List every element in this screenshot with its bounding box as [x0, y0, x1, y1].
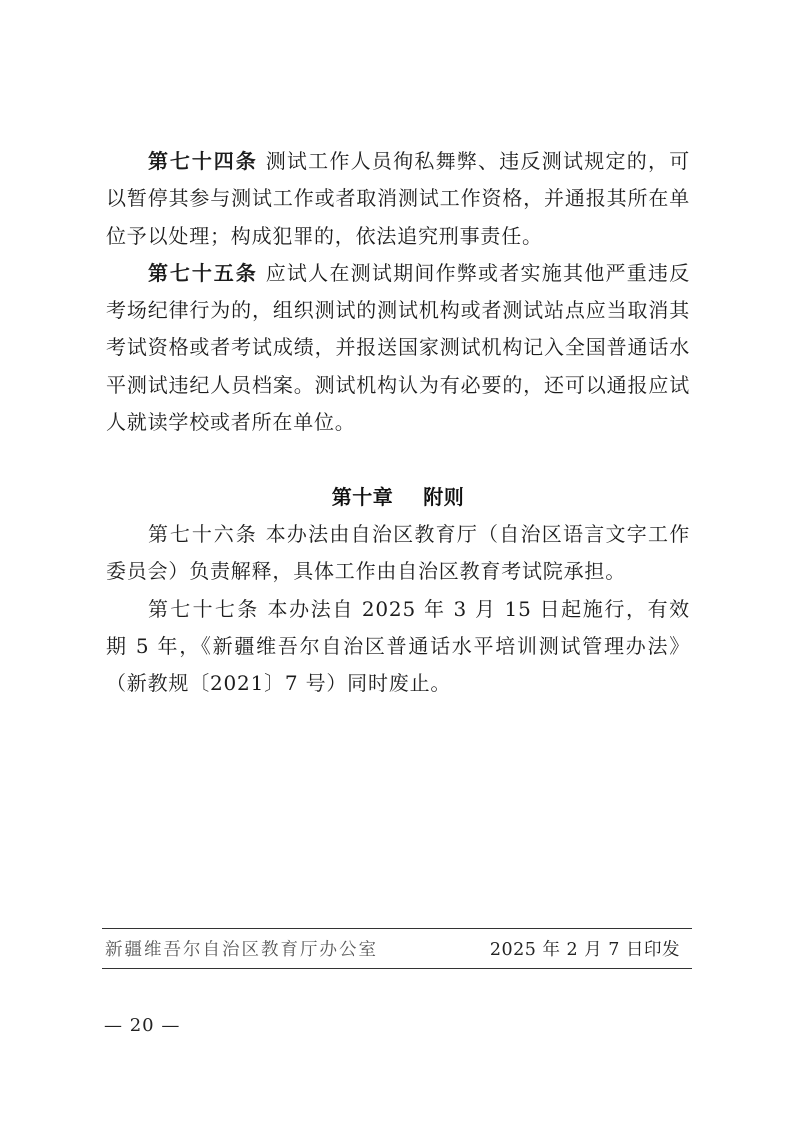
article-number: 第七十四条	[148, 149, 258, 173]
article-75: 第七十五条应试人在测试期间作弊或者实施其他严重违反考场纪律行为的，组织测试的测试…	[106, 255, 690, 441]
article-number: 第七十五条	[148, 261, 258, 285]
section-spacer	[106, 441, 690, 478]
article-text: 应试人在测试期间作弊或者实施其他严重违反考场纪律行为的，组织测试的测试机构或者测…	[106, 261, 690, 434]
imprint-block: 新疆维吾尔自治区教育厅办公室 2025 年 2 月 7 日印发	[102, 928, 692, 969]
article-74: 第七十四条测试工作人员徇私舞弊、违反测试规定的，可以暂停其参与测试工作或者取消测…	[106, 143, 690, 255]
article-76: 第七十六条本办法由自治区教育厅（自治区语言文字工作委员会）负责解释，具体工作由自…	[106, 516, 690, 591]
chapter-number: 第十章	[332, 485, 394, 509]
article-number: 第七十七条	[148, 597, 260, 621]
document-body: 第七十四条测试工作人员徇私舞弊、违反测试规定的，可以暂停其参与测试工作或者取消测…	[106, 143, 690, 702]
chapter-heading: 第十章附则	[106, 479, 690, 516]
issue-date: 2025 年 2 月 7 日印发	[490, 936, 692, 961]
chapter-title: 附则	[423, 485, 464, 509]
page-number: — 20 —	[104, 1015, 180, 1036]
issuer: 新疆维吾尔自治区教育厅办公室	[102, 936, 378, 961]
article-77: 第七十七条本办法自 2025 年 3 月 15 日起施行，有效期 5 年，《新疆…	[106, 591, 690, 703]
article-number: 第七十六条	[148, 522, 258, 546]
document-page: 第七十四条测试工作人员徇私舞弊、违反测试规定的，可以暂停其参与测试工作或者取消测…	[0, 0, 793, 1122]
